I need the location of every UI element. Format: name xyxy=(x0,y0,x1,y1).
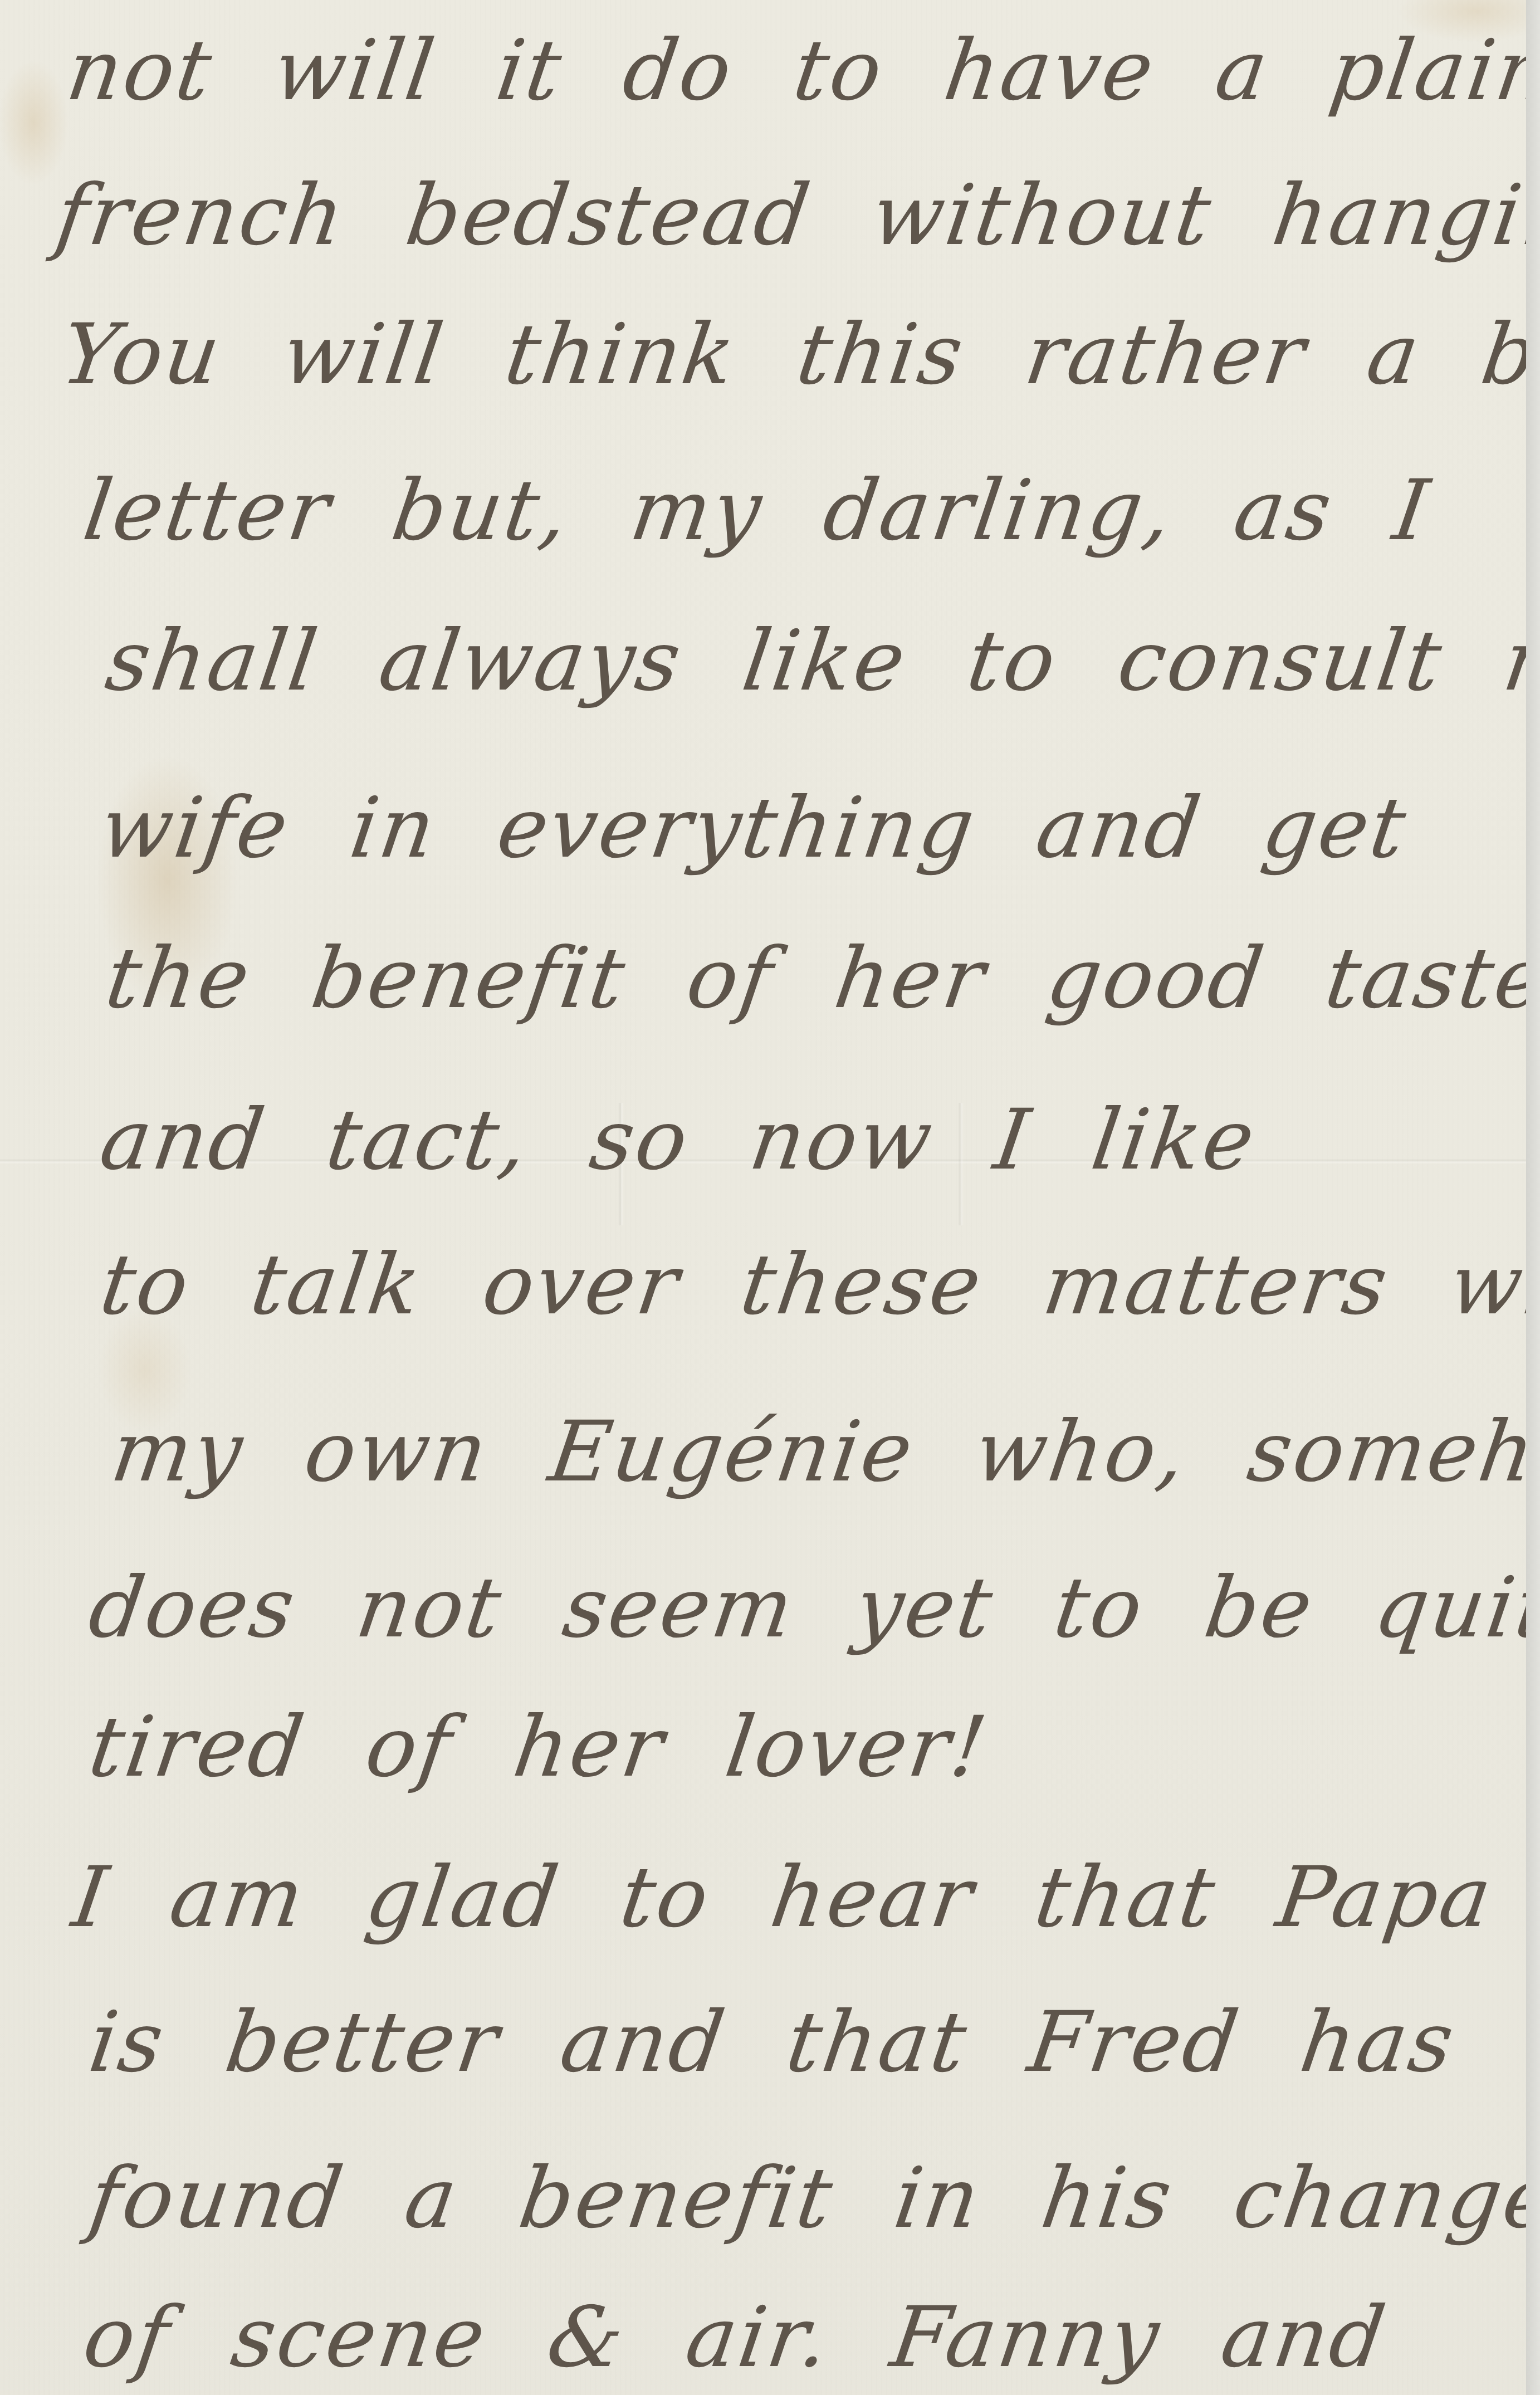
letter-line: to talk over these matters with xyxy=(95,1236,1540,1333)
letter-line: the benefit of her good taste xyxy=(100,930,1540,1027)
letter-line: is better and that Fred has xyxy=(84,1994,1461,2091)
letter-line: letter but, my darling, as I xyxy=(78,462,1436,559)
letter-line: french bedstead without hangings? xyxy=(50,167,1540,264)
paper-edge-background xyxy=(1526,0,1540,2395)
letter-paper: not will it do to have a plain french be… xyxy=(0,0,1526,2395)
letter-line: and tact, so now I like xyxy=(95,1092,1262,1189)
letter-line: You will think this rather a business xyxy=(56,306,1540,403)
letter-line: wife in everything and get xyxy=(95,780,1414,877)
letter-line: of scene & air. Fanny and xyxy=(78,2289,1393,2386)
letter-line: found a benefit in his change xyxy=(84,2150,1540,2247)
letter-line: not will it do to have a plain xyxy=(61,22,1540,119)
letter-line: my own Eugénie who, somehow, xyxy=(106,1404,1540,1500)
letter-line: shall always like to consult my xyxy=(100,613,1540,710)
letter-line: does not seem yet to be quite xyxy=(84,1560,1540,1656)
letter-line: tired of her lover! xyxy=(84,1699,994,1796)
letter-line: I am glad to hear that Papa xyxy=(67,1849,1499,1946)
